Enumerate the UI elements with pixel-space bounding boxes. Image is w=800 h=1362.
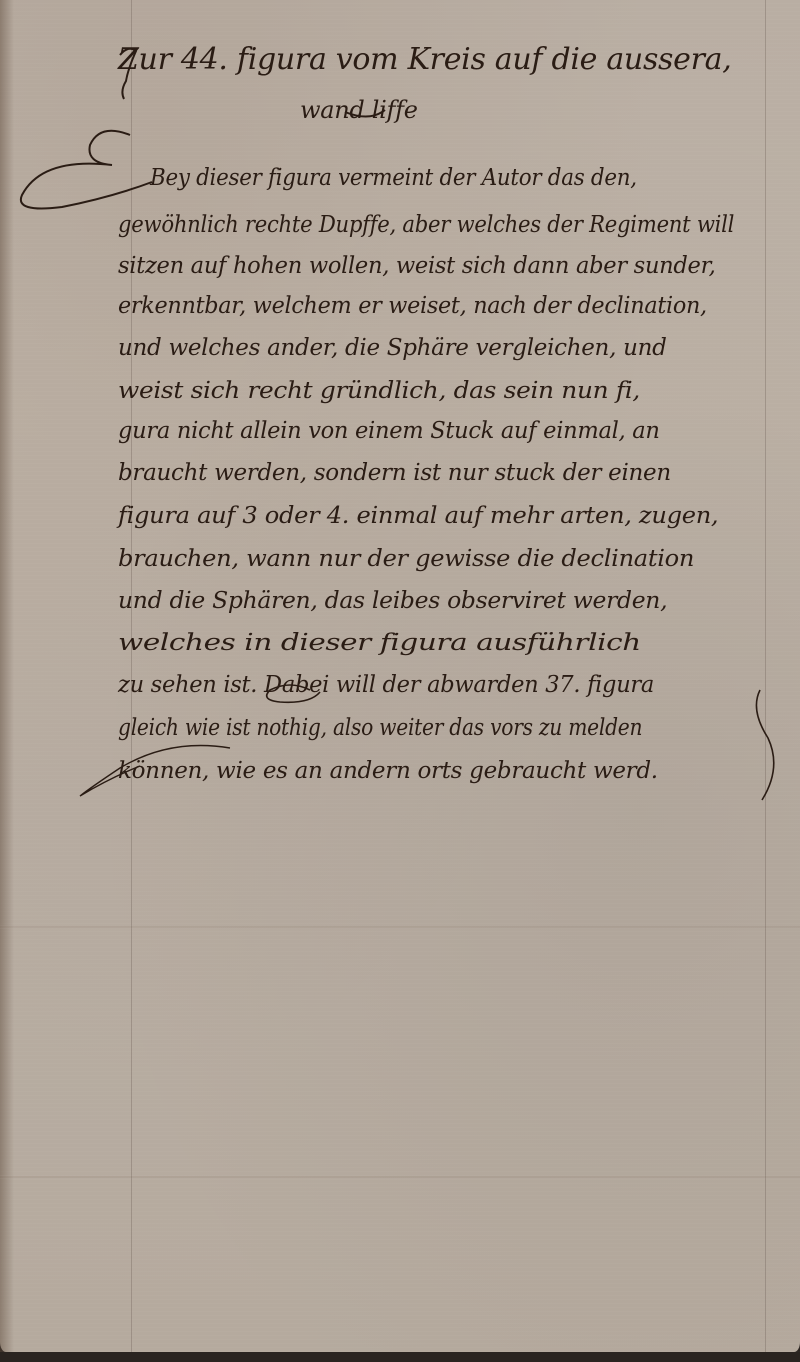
manuscript-line: sitzen auf hohen wollen, weist sich dann… [118,253,715,279]
manuscript-line: und die Sphären, das leibes observiret w… [118,588,667,614]
manuscript-line: gura nicht allein von einem Stuck auf ei… [118,418,660,444]
manuscript-line: braucht werden, sondern ist nur stuck de… [118,460,671,486]
page-title: Zur 44. figura vom Kreis auf die aussera… [118,42,731,77]
manuscript-line: figura auf 3 oder 4. einmal auf mehr art… [118,503,718,529]
manuscript-line: gleich wie ist nothig, also weiter das v… [118,715,642,741]
manuscript-line: weist sich recht gründlich, das sein nun… [118,378,640,404]
manuscript-page: Zur 44. figura vom Kreis auf die aussera… [0,0,800,1352]
manuscript-line: welches in dieser figura ausführlich [118,630,641,656]
manuscript-line: gewöhnlich rechte Dupffe, aber welches d… [118,212,734,238]
manuscript-line: erkenntbar, welchem er weiset, nach der … [118,293,707,319]
manuscript-line: zu sehen ist. Dabei will der abwarden 37… [118,672,654,698]
manuscript-line: brauchen, wann nur der gewisse die decli… [118,546,694,572]
manuscript-line: Bey dieser figura vermeint der Autor das… [150,165,637,191]
manuscript-line: können, wie es an andern orts gebraucht … [118,758,658,784]
manuscript-line: und welches ander, die Sphäre vergleiche… [118,335,667,361]
page-title-continuation: wand liffe [300,96,418,124]
